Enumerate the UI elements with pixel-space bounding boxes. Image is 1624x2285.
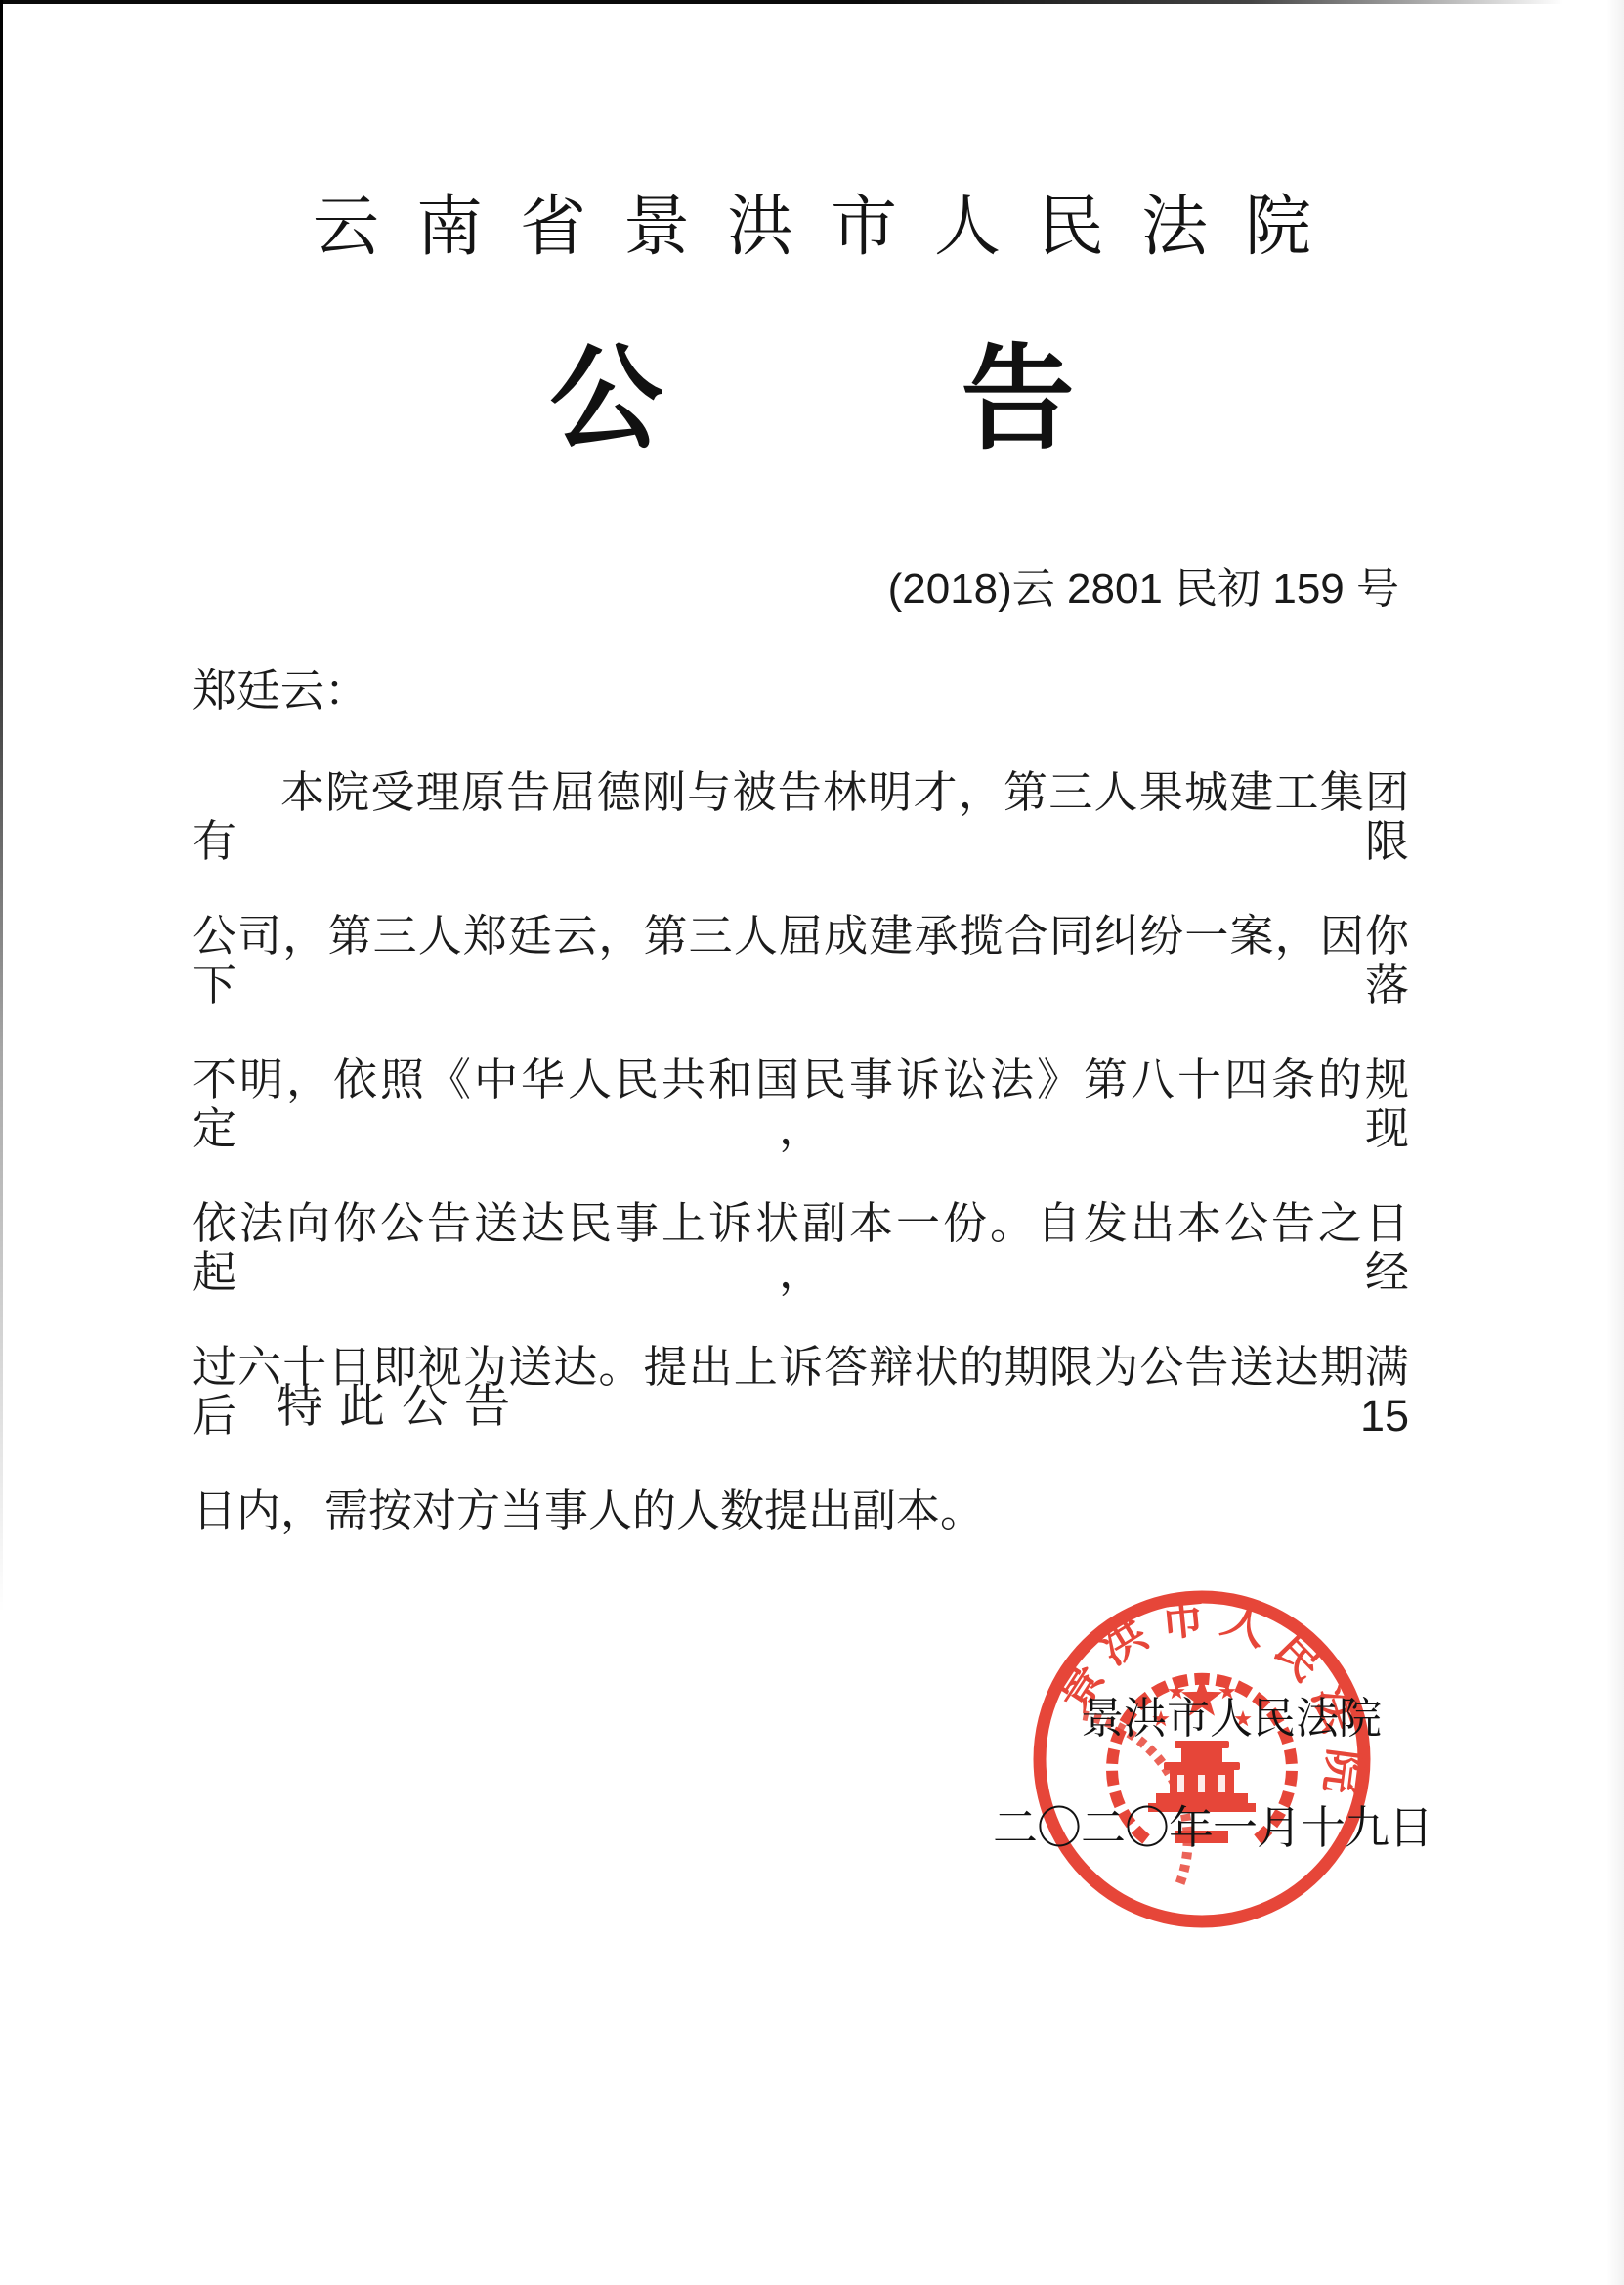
court-seal: 景洪市人民法院 [1019, 1576, 1385, 1942]
body-line: 依法向你公告送达民事上诉状副本一份。自发出本公告之日起，经 [192, 1199, 1409, 1297]
body-line: 日内，需按对方当事人的人数提出副本。 [192, 1487, 1409, 1535]
closing-statement: 特此公告 [277, 1382, 527, 1433]
body-line: 公司，第三人郑廷云，第三人屈成建承揽合同纠纷一案，因你下落 [192, 912, 1409, 1010]
court-title: 云南省景洪市人民法院 [0, 192, 1624, 262]
addressee-name: 郑廷云： [192, 666, 368, 716]
announcement-title: 公告 [0, 340, 1624, 461]
body-paragraph: 本院受理原告屈德刚与被告林明才，第三人果城建工集团有限 公司，第三人郑廷云，第三… [192, 768, 1409, 1581]
body-line: 不明，依照《中华人民共和国民事诉讼法》第八十四条的规定，现 [192, 1056, 1409, 1153]
court-announcement-document: 云南省景洪市人民法院 公告 (2018)云 2801 民初 159 号 郑廷云：… [0, 0, 1624, 2285]
case-number: (2018)云 2801 民初 159 号 [888, 565, 1399, 614]
signature-date: 二〇二〇年一月十九日 [993, 1803, 1432, 1852]
signature-court-name: 景洪市人民法院 [1081, 1696, 1382, 1743]
seal-area: 景洪市人民法院 [1019, 1576, 1385, 1942]
scan-artifact-top-edge [0, 0, 1563, 4]
body-line: 本院受理原告屈德刚与被告林明才，第三人果城建工集团有限 [192, 768, 1409, 866]
